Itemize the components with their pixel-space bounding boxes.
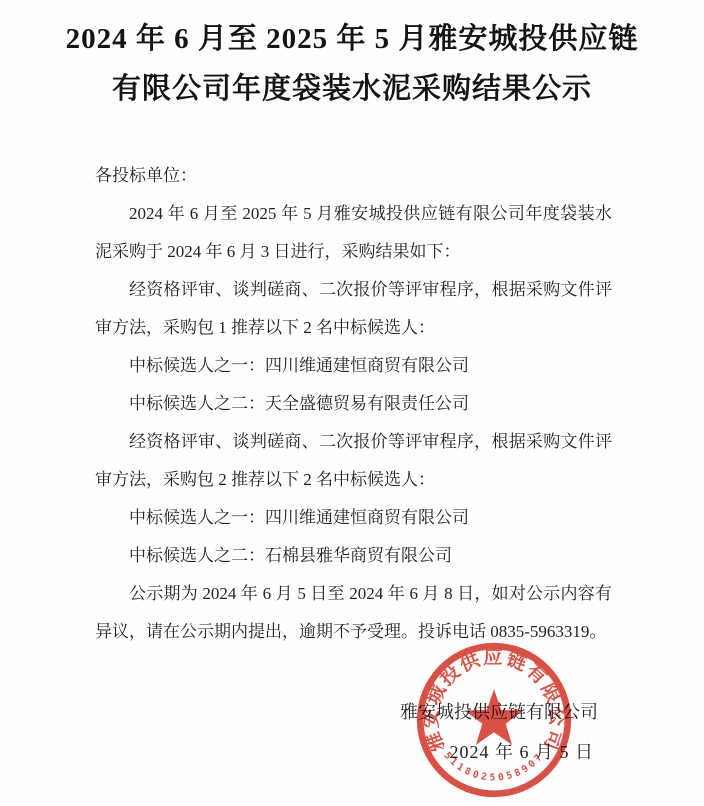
- title-line-2: 有限公司年度袋装水泥采购结果公示: [0, 64, 704, 114]
- document-title: 2024 年 6 月至 2025 年 5 月雅安城投供应链 有限公司年度袋装水泥…: [0, 14, 704, 114]
- paragraph-package2-review: 经资格评审、谈判磋商、二次报价等评审程序，根据采购文件评审方法，采购包 2 推荐…: [95, 423, 612, 499]
- paragraph-package1-candidate-2: 中标候选人之二：天全盛德贸易有限责任公司: [95, 385, 612, 423]
- paragraph-package1-review: 经资格评审、谈判磋商、二次报价等评审程序，根据采购文件评审方法，采购包 1 推荐…: [95, 271, 612, 347]
- paragraph-package2-candidate-2: 中标候选人之二：石棉县雅华商贸有限公司: [95, 537, 612, 575]
- salutation: 各投标单位：: [95, 157, 612, 195]
- paragraph-package2-candidate-1: 中标候选人之一：四川维通建恒商贸有限公司: [95, 499, 612, 537]
- signature-company-name: 雅安城投供应链有限公司: [400, 692, 598, 732]
- signature-date: 2024 年 6 月 5 日: [400, 732, 598, 772]
- paragraph-package1-candidate-1: 中标候选人之一：四川维通建恒商贸有限公司: [95, 347, 612, 385]
- signature-block: 雅安城投供应链有限公司 2024 年 6 月 5 日: [400, 692, 598, 772]
- document-body: 各投标单位： 2024 年 6 月至 2025 年 5 月雅安城投供应链有限公司…: [95, 157, 612, 651]
- paragraph-procurement-intro: 2024 年 6 月至 2025 年 5 月雅安城投供应链有限公司年度袋装水泥采…: [95, 195, 612, 271]
- paragraph-publicity-period: 公示期为 2024 年 6 月 5 日至 2024 年 6 月 8 日，如对公示…: [95, 575, 612, 651]
- title-line-1: 2024 年 6 月至 2025 年 5 月雅安城投供应链: [0, 14, 704, 64]
- document-page: 2024 年 6 月至 2025 年 5 月雅安城投供应链 有限公司年度袋装水泥…: [0, 0, 704, 806]
